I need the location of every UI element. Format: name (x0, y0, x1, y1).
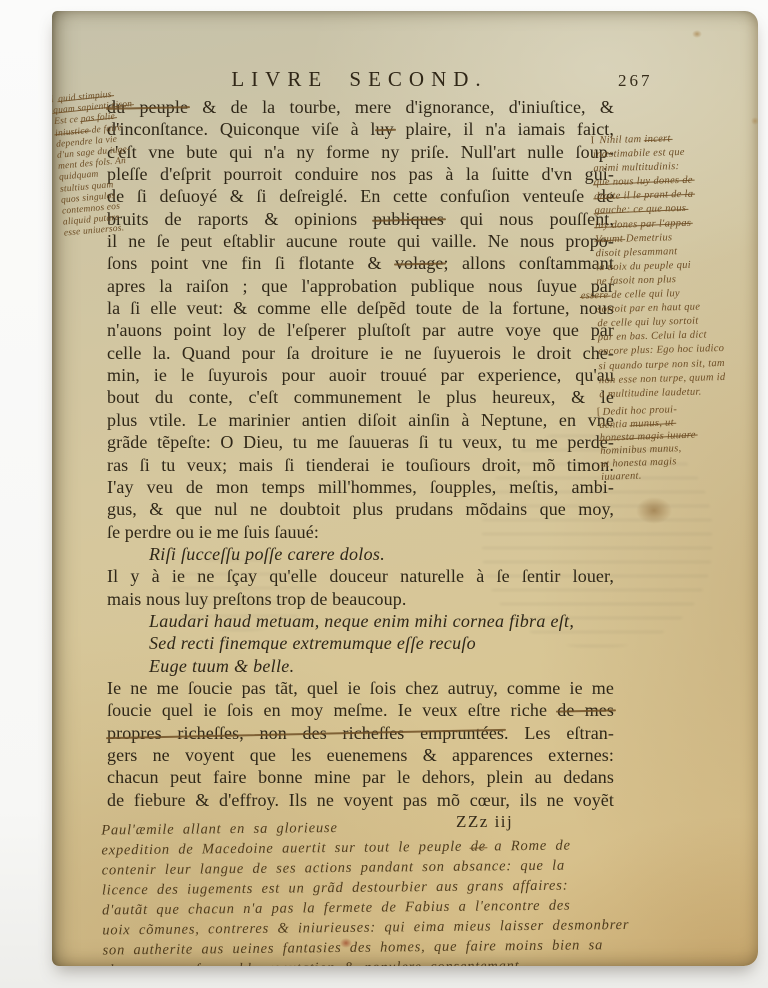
stain (692, 30, 702, 38)
insertion-mark (60, 207, 61, 217)
printed-text: Ie ne me ſoucie pas tãt, quel ie ſois ch… (107, 678, 614, 698)
bleedthrough-ghost (482, 429, 712, 647)
printed-text: de fiebure & d'effroy. Ils ne voyent pas… (107, 790, 614, 810)
text-line: celle la. Quand pour ſa droiture ie ne ſ… (105, 342, 614, 364)
printed-text: ſe perdre ou ie me ſuis ſauué: (107, 522, 319, 542)
book-page: LIVRE SECOND. 267 du peuple & de la tour… (52, 11, 758, 966)
struck-text: luy dones par l'appas (595, 217, 692, 231)
insertion-mark (52, 118, 53, 128)
printed-text: celle la. Quand pour ſa droiture ie ne ſ… (107, 343, 614, 363)
printed-text: pleſſe d'eſprit pourroit conduire nos pa… (107, 164, 614, 184)
page-number: 267 (618, 71, 653, 91)
insertion-mark (59, 196, 60, 206)
left-margin-note: I quid stimpius quam sapienti rison Est … (52, 87, 154, 240)
struck-text: incert (644, 133, 671, 145)
text-line: la ſi elle veut: & comme elle deſpẽd tou… (105, 297, 614, 319)
insertion-mark (57, 173, 58, 183)
printed-text: ſoucie quel ie ſois en moy meſme. Ie veu… (107, 700, 557, 720)
text-line: propres richeſſes, non des richeſſes emp… (105, 722, 614, 744)
struck-text: essere (581, 290, 609, 302)
note-text: Paul'æmile allant en sa glorieuse (101, 820, 338, 838)
printed-text: ſons point vne fin ſi flotante & (107, 253, 395, 273)
note-text: si quando turpe non sit, tam (598, 357, 724, 371)
insertion-mark: [ (597, 407, 601, 418)
text-line: ſons point vne fin ſi flotante & volage;… (105, 252, 614, 274)
note-text: non esse non turpe, quum id (599, 371, 726, 385)
note-text: Est ce (54, 115, 82, 127)
struck-text: propres richeſſes, non des richeſſes emp… (107, 723, 504, 743)
insertion-mark: I (52, 95, 57, 105)
text-line: il ne ſe peut eſtablir aucune route qui … (105, 230, 614, 252)
printed-text: . Les eſtran- (504, 723, 614, 743)
text-line: bruits de raports & opinions publiques q… (105, 208, 614, 230)
right-margin-note-demetrius: I Nihil tam incert inæstimabile est que … (591, 130, 758, 402)
printed-text: & de la tourbe, mere d'ignorance, d'iniu… (188, 97, 614, 117)
text-line: de ſi deſuoyé & ſi deſreiglé. En cette c… (105, 185, 614, 207)
note-text: sortoit par en haut que (597, 302, 700, 316)
printed-text: min, ie le ſuyurois pour auoir trouué pa… (107, 365, 614, 385)
struck-text: gauche: ce que nous (594, 203, 686, 216)
text-line: pleſſe d'eſprit pourroit conduire nos pa… (105, 163, 614, 185)
printed-text: la ſi elle veut: & comme elle deſpẽd tou… (107, 298, 614, 318)
note-text: par en bas. Celui la dict (598, 330, 707, 344)
struck-text: munus, ut (630, 417, 674, 430)
note-text: la uoix du peuple qui (596, 260, 691, 273)
text-line: du peuple & de la tourbe, mere d'ignoran… (105, 96, 614, 118)
note-text: ne fasoit non plus (596, 274, 676, 287)
printed-text: plaire, il n'a iamais faict, (394, 119, 614, 139)
text-line: c'eſt vne bute qui n'a ny forme ny priſe… (105, 141, 614, 163)
insertion-mark (62, 229, 63, 239)
struck-text: que nous luy dones de (594, 175, 693, 189)
printed-text: Sed recti finemque extremumque eſſe recu… (149, 633, 476, 653)
printed-text: plus vtile. Le marinier antien diſoit ai… (107, 410, 614, 430)
note-text: de celle qui luy (608, 288, 680, 301)
bottom-annotation: Paul'æmile allant en sa glorieuse expedi… (99, 814, 758, 966)
printed-text: c'eſt vne bute qui n'a ny forme ny priſe… (107, 142, 614, 162)
note-text: encore plus: Ego hoc iudico (598, 343, 724, 357)
printed-text: Euge tuum & belle. (149, 656, 294, 676)
printed-text: d'inconſtance. Quiconque viſe à l (107, 119, 376, 139)
insertion-mark (56, 162, 57, 172)
stain (636, 497, 672, 524)
note-text: a Rome de (486, 838, 571, 855)
note-text: a multitudine laudetur. (599, 386, 702, 400)
printed-text: gers ne voyent que les euenemens & appar… (107, 745, 614, 765)
struck-text: de (471, 838, 486, 854)
text-line: n'auons point loy de l'eſperer pluſtoſt … (105, 319, 614, 341)
bleedthrough-ghost (170, 557, 308, 631)
note-text: son autherite aus ueines fantasies des h… (102, 937, 603, 958)
struck-text: de mes (557, 700, 614, 720)
text-line: ſoucie quel ie ſois en moy meſme. Ie veu… (105, 699, 614, 721)
note-text: de faire (89, 123, 123, 136)
text-line: Ie ne me ſoucie pas tãt, quel ie ſois ch… (105, 677, 614, 699)
printed-text: n'auons point loy de l'eſperer pluſtoſt … (107, 320, 614, 340)
note-text: disoit plesammant (596, 246, 678, 259)
printed-text: ; allons conſtammant (444, 253, 614, 273)
note-text: de celle qui luy sortoit (597, 316, 698, 330)
text-line: bout du conte, c'eſt communement le plus… (105, 386, 614, 408)
text-line: chacun peut faire bonne mine par le deho… (105, 766, 614, 788)
struck-text: volage (395, 253, 444, 273)
scan-background: { "header": { "title": "LIVRE SECOND.", … (0, 0, 768, 988)
struck-text: publiques (373, 209, 444, 229)
note-text: charge aueq fauorable reputation & popul… (103, 958, 524, 966)
printed-text: apres la raiſon ; que l'approbation publ… (107, 276, 614, 296)
struck-text: Vaumt (595, 233, 623, 245)
text-line: apres la raiſon ; que l'approbation publ… (105, 275, 614, 297)
printed-text: bout du conte, c'eſt communement le plus… (107, 387, 614, 407)
printed-text: de ſi deſuoyé & ſi deſreiglé. En cette c… (107, 186, 614, 206)
note-text: expedition de Macedoine auertit sur tout… (101, 839, 470, 859)
note-text: Nihil tam (599, 134, 644, 146)
printed-text: qui nous pouſſent, (444, 209, 614, 229)
insertion-mark (58, 185, 59, 195)
printed-text: chacun peut faire bonne mine par le deho… (107, 767, 614, 787)
text-line: min, ie le ſuyurois pour auoir trouué pa… (105, 364, 614, 386)
note-text: Demetrius (623, 232, 673, 244)
stain (751, 117, 758, 125)
stain (340, 938, 352, 948)
note-text: animi multitudinis: (593, 161, 679, 174)
insertion-mark: I (591, 135, 598, 146)
text-line: de fiebure & d'effroy. Ils ne voyent pas… (105, 789, 614, 811)
text-line: d'inconſtance. Quiconque viſe à luy plai… (105, 118, 614, 140)
text-line: plus vtile. Le marinier antien diſoit ai… (105, 409, 614, 431)
struck-text: droite il le prant de la (594, 189, 694, 203)
text-line: gers ne voyent que les euenemens & appar… (105, 744, 614, 766)
printed-text: il ne ſe peut eſtablir aucune route qui … (107, 231, 614, 251)
text-line: Euge tuum & belle. (105, 655, 614, 677)
insertion-mark (55, 151, 56, 161)
running-head: LIVRE SECOND. (105, 67, 614, 92)
insertion-mark (54, 140, 55, 150)
insertion-mark (61, 218, 62, 228)
note-text: inæstimabile est que (593, 147, 685, 160)
struck-text: uy (376, 119, 394, 139)
